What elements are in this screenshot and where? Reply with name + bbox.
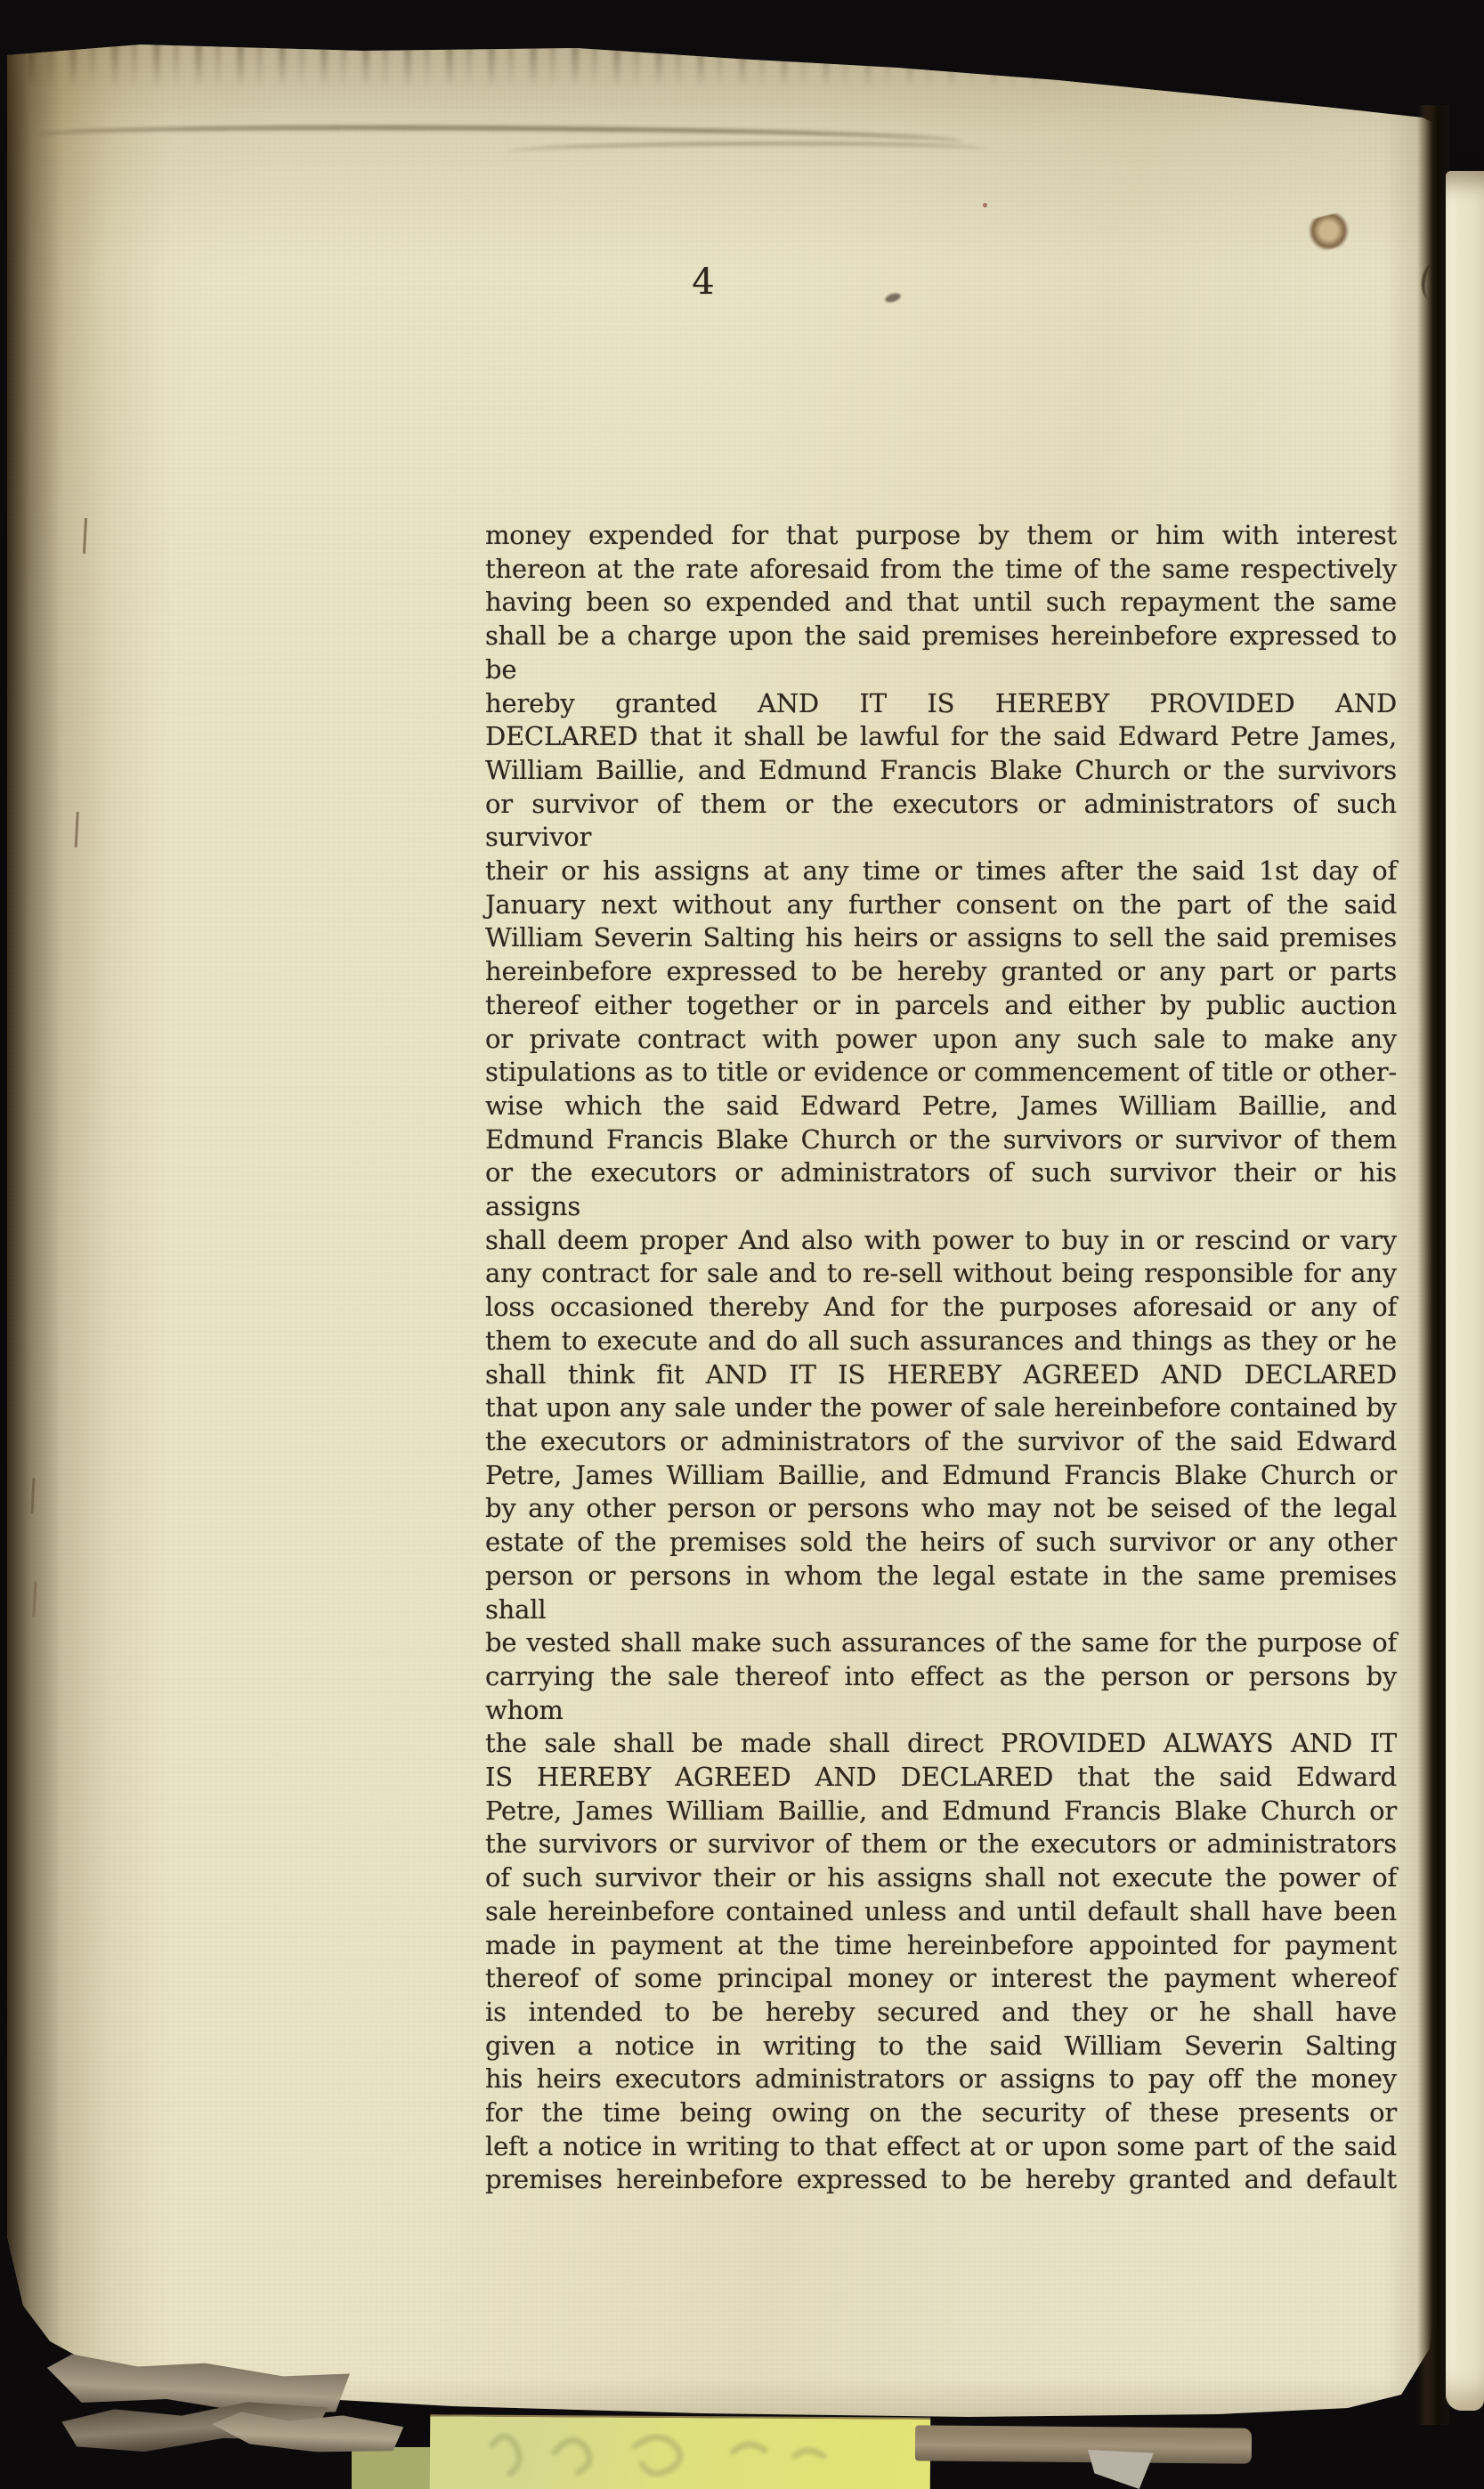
text-line: for the time being owing on the security… xyxy=(485,2096,1397,2130)
text-line: premises hereinbefore expressed to be he… xyxy=(485,2163,1397,2197)
facing-page-edge xyxy=(1446,171,1484,2411)
text-line: by any other person or persons who may n… xyxy=(485,1492,1397,1526)
text-line: the executors or administrators of the s… xyxy=(485,1425,1397,1459)
faint-ghost-writing xyxy=(430,2416,931,2489)
text-line: shall be a charge upon the said premises… xyxy=(485,620,1397,686)
text-line: thereof of some principal money or inter… xyxy=(485,1962,1397,1996)
text-line: their or his assigns at any time or time… xyxy=(485,855,1397,888)
red-speck xyxy=(983,203,987,207)
text-line: wise which the said Edward Petre, James … xyxy=(485,1090,1397,1123)
text-line: them to execute and do all such assuranc… xyxy=(485,1325,1397,1358)
text-line: shall think fit AND IT IS HEREBY AGREED … xyxy=(485,1358,1397,1392)
text-line: the survivors or survivor of them or the… xyxy=(485,1828,1397,1861)
brown-stain xyxy=(1305,211,1353,254)
text-line: the sale shall be made shall direct PROV… xyxy=(485,1727,1397,1761)
text-line: or survivor of them or the executors or … xyxy=(485,788,1397,855)
text-line: or private contract with power upon any … xyxy=(485,1023,1397,1057)
text-line: left a notice in writing to that effect … xyxy=(485,2130,1397,2164)
text-line: having been so expended and that until s… xyxy=(485,586,1397,620)
text-line: is intended to be hereby secured and the… xyxy=(485,1996,1397,2030)
text-line: William Severin Salting his heirs or ass… xyxy=(485,921,1397,955)
scanned-book-photo: { "page": { "page_number": "4", "lines":… xyxy=(0,0,1484,2489)
text-line: thereon at the rate aforesaid from the t… xyxy=(485,553,1397,587)
text-line: shall deem proper And also with power to… xyxy=(485,1224,1397,1258)
text-line: hereinbefore expressed to be hereby gran… xyxy=(485,955,1397,989)
text-line: money expended for that purpose by them … xyxy=(485,519,1397,553)
text-line: estate of the premises sold the heirs of… xyxy=(485,1526,1397,1560)
text-line: be vested shall make such assurances of … xyxy=(485,1626,1397,1660)
text-line: or the executors or administrators of su… xyxy=(485,1156,1397,1223)
text-line: thereof either together or in parcels an… xyxy=(485,989,1397,1023)
deed-text-block: money expended for that purpose by them … xyxy=(485,519,1397,2197)
text-line: carrying the sale thereof into effect as… xyxy=(485,1660,1397,1727)
pages-beneath-edge-strip xyxy=(915,2425,1252,2463)
text-line: IS HEREBY AGREED AND DECLARED that the s… xyxy=(485,1761,1397,1795)
text-line: Edmund Francis Blake Church or the survi… xyxy=(485,1123,1397,1157)
text-line: his heirs executors administrators or as… xyxy=(485,2063,1397,2096)
page-gutter-groove xyxy=(1417,105,1449,2425)
text-line: loss occasioned thereby And for the purp… xyxy=(485,1291,1397,1325)
text-line: Petre, James William Baillie, and Edmund… xyxy=(485,1795,1397,1828)
text-line: given a notice in writing to the said Wi… xyxy=(485,2030,1397,2063)
text-line: January next without any further consent… xyxy=(485,888,1397,922)
text-line: made in payment at the time hereinbefore… xyxy=(485,1929,1397,1963)
sticky-note xyxy=(430,2414,931,2489)
text-line: sale hereinbefore contained unless and u… xyxy=(485,1895,1397,1929)
text-line: that upon any sale under the power of sa… xyxy=(485,1391,1397,1425)
text-line: William Baillie, and Edmund Francis Blak… xyxy=(485,754,1397,788)
sticky-note-shadowed-part xyxy=(352,2447,432,2489)
page-number: 4 xyxy=(677,262,730,303)
text-line: of such survivor their or his assigns sh… xyxy=(485,1861,1397,1895)
text-line: Petre, James William Baillie, and Edmund… xyxy=(485,1459,1397,1493)
text-line: hereby granted AND IT IS HEREBY PROVIDED… xyxy=(485,687,1397,721)
binding-stitch-marks xyxy=(83,518,87,554)
ink-smudge xyxy=(884,291,902,304)
text-line: any contract for sale and to re-sell wit… xyxy=(485,1257,1397,1291)
text-line: person or persons in whom the legal esta… xyxy=(485,1560,1397,1626)
text-line: DECLARED that it shall be lawful for the… xyxy=(485,720,1397,754)
book-page: 4 money expended for that purpose by the… xyxy=(7,37,1437,2441)
text-line: stipulations as to title or evidence or … xyxy=(485,1056,1397,1090)
